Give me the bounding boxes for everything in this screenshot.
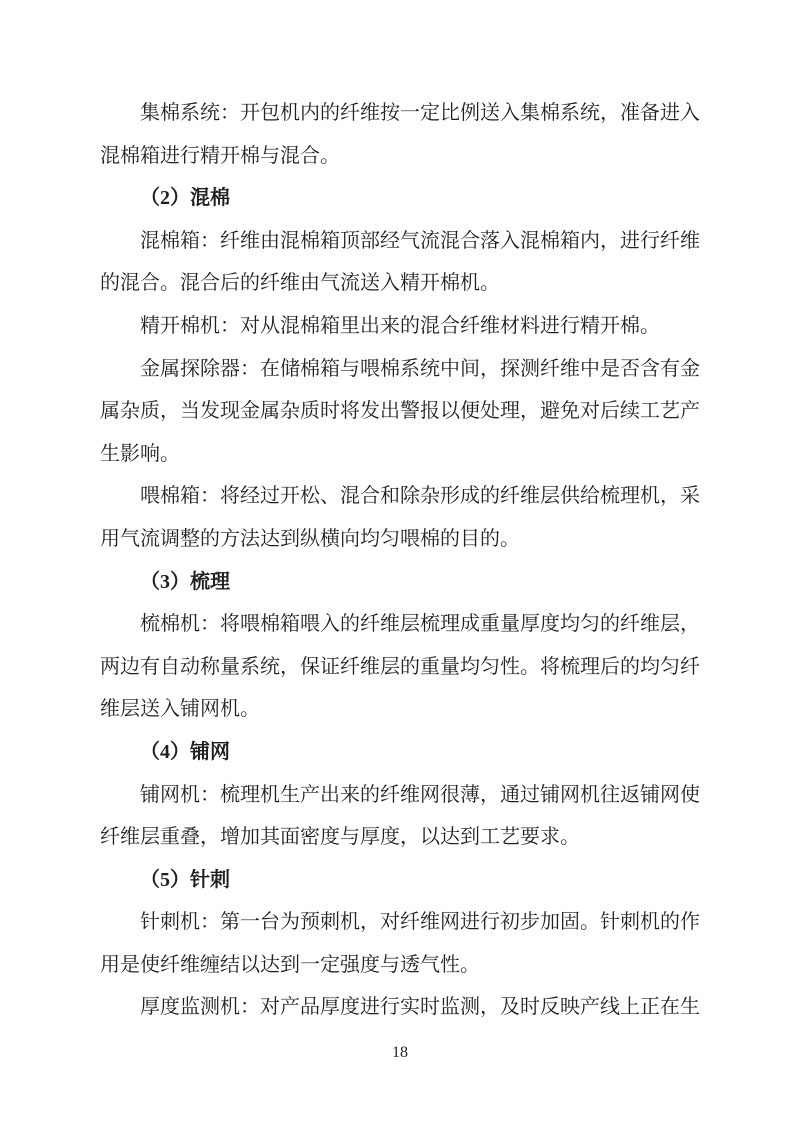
paragraph: 厚度监测机：对产品厚度进行实时监测，及时反映产线上正在生 <box>100 986 700 1029</box>
section-heading: （2）混棉 <box>100 177 700 220</box>
paragraph: 梳棉机：将喂棉箱喂入的纤维层梳理成重量厚度均匀的纤维层，两边有自动称量系统，保证… <box>100 603 700 731</box>
section-heading: （4）铺网 <box>100 731 700 774</box>
document-page: 集棉系统：开包机内的纤维按一定比例送入集棉系统，准备进入混棉箱进行精开棉与混合。… <box>0 0 800 1132</box>
paragraph: 混棉箱：纤维由混棉箱顶部经气流混合落入混棉箱内，进行纤维的混合。混合后的纤维由气… <box>100 220 700 305</box>
paragraph: 针刺机：第一台为预刺机，对纤维网进行初步加固。针刺机的作用是使纤维缠结以达到一定… <box>100 901 700 986</box>
document-body: 集棉系统：开包机内的纤维按一定比例送入集棉系统，准备进入混棉箱进行精开棉与混合。… <box>100 92 700 1029</box>
paragraph: 集棉系统：开包机内的纤维按一定比例送入集棉系统，准备进入混棉箱进行精开棉与混合。 <box>100 92 700 177</box>
section-heading: （5）针刺 <box>100 859 700 902</box>
paragraph: 精开棉机：对从混棉箱里出来的混合纤维材料进行精开棉。 <box>100 305 700 348</box>
paragraph: 铺网机：梳理机生产出来的纤维网很薄，通过铺网机往返铺网使纤维层重叠，增加其面密度… <box>100 774 700 859</box>
paragraph: 金属探除器：在储棉箱与喂棉系统中间，探测纤维中是否含有金属杂质，当发现金属杂质时… <box>100 348 700 476</box>
paragraph: 喂棉箱：将经过开松、混合和除杂形成的纤维层供给梳理机，采用气流调整的方法达到纵横… <box>100 475 700 560</box>
section-heading: （3）梳理 <box>100 561 700 604</box>
page-number: 18 <box>0 1042 800 1064</box>
